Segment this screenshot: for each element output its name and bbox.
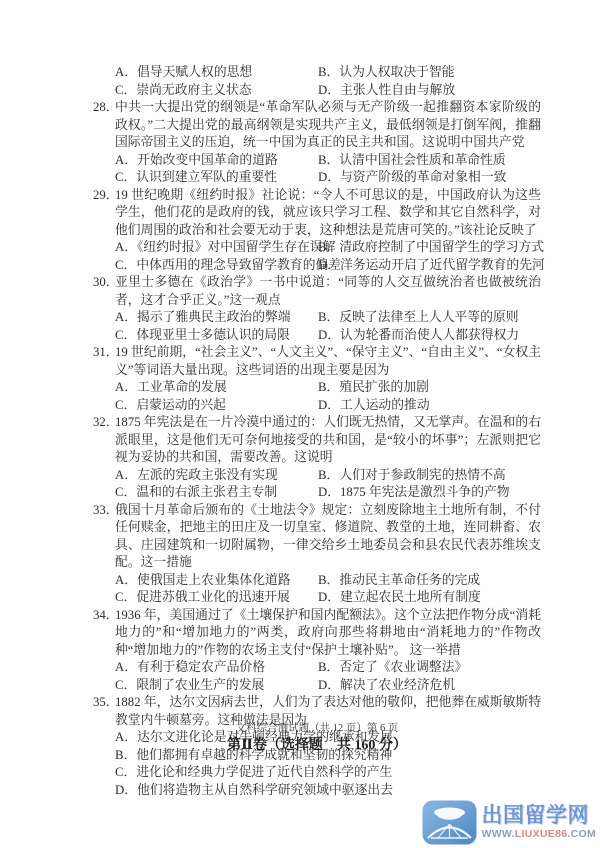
question-27-options: A．倡导天赋人权的思想 B．认为人权取决于智能 C．崇尚无政府主义状态 D．主张… bbox=[93, 64, 541, 99]
question-stem: 19 世纪晚期《纽约时报》社论说：“令人不可思议的是，中国政府认为这些学生，他们… bbox=[115, 187, 541, 240]
question-number: 31． bbox=[93, 344, 119, 362]
option-d: D．洋务运动开启了近代留学教育的先河 bbox=[318, 257, 545, 275]
question-31: 31． 19 世纪前期，“社会主义”、“人文主义”、“保守主义”、“自由主义”、… bbox=[93, 344, 541, 414]
option-c: C．启蒙运动的兴起 bbox=[115, 398, 226, 412]
option-d: D．工人运动的推动 bbox=[318, 397, 430, 415]
option-a: A．使俄国走上农业集体化道路 bbox=[115, 573, 291, 587]
option-b: B．清政府控制了中国留学生的学习方式 bbox=[318, 239, 544, 257]
url-tld: .COM bbox=[567, 828, 596, 840]
option-c: C．中体西用的理念导致留学教育的偏差 bbox=[115, 258, 341, 272]
question-33: 33． 俄国十月革命后颁布的《土地法令》规定：立刻废除地主土地所有制，不付任何赎… bbox=[93, 502, 541, 607]
option-row: C．促进苏俄工业化的迅速开展 D．建立起农民土地所有制度 bbox=[115, 589, 541, 607]
question-stem: 1875 年宪法是在一片冷漠中通过的：人们既无热情，又无掌声。在温和的右派眼里，… bbox=[115, 414, 541, 467]
option-a: A．左派的宪政主张没有实现 bbox=[115, 468, 278, 482]
question-number: 33． bbox=[93, 502, 119, 520]
option-b: B．认为人权取决于智能 bbox=[318, 64, 455, 82]
brand-url: WWW.LIUXUE86.COM bbox=[482, 828, 597, 841]
option-c: C．体现亚里士多德认识的局限 bbox=[115, 328, 290, 342]
brand-name: 出国留学网 bbox=[482, 804, 597, 828]
option-row: A．有利于稳定农产品价格 B．否定了《农业调整法》 bbox=[115, 659, 541, 677]
option-row: C．温和的右派主张君主专制 D．1875 年宪法是激烈斗争的产物 bbox=[115, 484, 541, 502]
option-row: C．启蒙运动的兴起 D．工人运动的推动 bbox=[115, 397, 541, 415]
option-d: D．认为轮番而治使人人都获得权力 bbox=[318, 327, 519, 345]
option-row: A．《纽约时报》对中国留学生存在误解 B．清政府控制了中国留学生的学习方式 bbox=[115, 239, 541, 257]
option-row: A．左派的宪政主张没有实现 B．人们对于参政制宪的热情不高 bbox=[115, 467, 541, 485]
question-stem: 中共一大提出党的纲领是“革命军队必须与无产阶级一起推翻资本家阶级的政权。”二大提… bbox=[115, 99, 541, 152]
option-a: A．《纽约时报》对中国留学生存在误解 bbox=[115, 240, 335, 254]
question-stem: 19 世纪前期，“社会主义”、“人文主义”、“保守主义”、“自由主义”、“女权主… bbox=[115, 344, 541, 379]
question-number: 29． bbox=[93, 187, 119, 205]
option-d: D．建立起农民土地所有制度 bbox=[318, 589, 481, 607]
page-footer: 文科综合测试题（共 12 页）第 6 页 第Ⅱ卷（选择题 共 160 分） bbox=[93, 723, 541, 754]
section-title: 第Ⅱ卷（选择题 共 160 分） bbox=[93, 738, 541, 754]
option-c: C．限制了农业生产的发展 bbox=[115, 678, 264, 692]
option-row: A．揭示了雅典民主政治的弊端 B．反映了法律至上人人平等的原则 bbox=[115, 309, 541, 327]
option-row: C．限制了农业生产的发展 D．解决了农业经济危机 bbox=[115, 677, 541, 695]
option-d: D．与资产阶级的革命对象相一致 bbox=[318, 169, 506, 187]
option-row: A．使俄国走上农业集体化道路 B．推动民主革命任务的完成 bbox=[115, 572, 541, 590]
question-number: 32． bbox=[93, 414, 119, 432]
option-c: C．认识到建立军队的重要性 bbox=[115, 170, 277, 184]
option-b: B．殖民扩张的加剧 bbox=[318, 379, 429, 397]
exam-content: A．倡导天赋人权的思想 B．认为人权取决于智能 C．崇尚无政府主义状态 D．主张… bbox=[93, 64, 541, 799]
option-a: A．有利于稳定农产品价格 bbox=[115, 660, 265, 674]
question-28: 28． 中共一大提出党的纲领是“革命军队必须与无产阶级一起推翻资本家阶级的政权。… bbox=[93, 99, 541, 187]
option-b: B．认清中国社会性质和革命性质 bbox=[318, 152, 506, 170]
option-d: D．主张人性自由与解放 bbox=[318, 82, 455, 100]
page-number-line: 文科综合测试题（共 12 页）第 6 页 bbox=[93, 723, 541, 735]
question-stem: 1936 年，美国通过了《土壤保护和国内配额法》。这个立法把作物分成“消耗地力的… bbox=[115, 607, 541, 660]
option-row: C．中体西用的理念导致留学教育的偏差 D．洋务运动开启了近代留学教育的先河 bbox=[115, 257, 541, 275]
question-stem: 俄国十月革命后颁布的《土地法令》规定：立刻废除地主土地所有制，不付任何赎金，把地… bbox=[115, 502, 541, 572]
option-row: C．体现亚里士多德认识的局限 D．认为轮番而治使人人都获得权力 bbox=[115, 327, 541, 345]
option-b: B．否定了《农业调整法》 bbox=[318, 659, 467, 677]
exam-page: A．倡导天赋人权的思想 B．认为人权取决于智能 C．崇尚无政府主义状态 D．主张… bbox=[0, 0, 600, 848]
url-domain: LIUXUE86 bbox=[515, 828, 568, 840]
option-c: C．崇尚无政府主义状态 bbox=[115, 83, 252, 97]
question-number: 28． bbox=[93, 99, 119, 117]
option-d: D．他们将造物主从自然科学研究领域中驱逐出去 bbox=[115, 782, 541, 800]
option-row: A．倡导天赋人权的思想 B．认为人权取决于智能 bbox=[115, 64, 541, 82]
question-number: 35． bbox=[93, 694, 119, 712]
option-b: B．人们对于参政制宪的热情不高 bbox=[318, 467, 506, 485]
option-c: C．温和的右派主张君主专制 bbox=[115, 485, 277, 499]
option-b: B．反映了法律至上人人平等的原则 bbox=[318, 309, 519, 327]
option-row: A．开始改变中国革命的道路 B．认清中国社会性质和革命性质 bbox=[115, 152, 541, 170]
liuxue86-watermark: 出国留学网 WWW.LIUXUE86.COM bbox=[422, 800, 597, 845]
bridge-logo-icon bbox=[422, 800, 477, 845]
option-row: A．工业革命的发展 B．殖民扩张的加剧 bbox=[115, 379, 541, 397]
question-stem: 亚里士多德在《政治学》一书中说道：“同等的人交互做统治者也做被统治者，这才合乎正… bbox=[115, 274, 541, 309]
option-a: A．开始改变中国革命的道路 bbox=[115, 153, 278, 167]
option-d: D．1875 年宪法是激烈斗争的产物 bbox=[318, 484, 510, 502]
option-a: A．倡导天赋人权的思想 bbox=[115, 65, 252, 79]
question-number: 30． bbox=[93, 274, 119, 292]
question-number: 34． bbox=[93, 607, 119, 625]
option-b: B．推动民主革命任务的完成 bbox=[318, 572, 480, 590]
option-c: C．促进苏俄工业化的迅速开展 bbox=[115, 590, 290, 604]
option-d: D．解决了农业经济危机 bbox=[318, 677, 455, 695]
question-32: 32． 1875 年宪法是在一片冷漠中通过的：人们既无热情，又无掌声。在温和的右… bbox=[93, 414, 541, 502]
option-row: C．崇尚无政府主义状态 D．主张人性自由与解放 bbox=[115, 82, 541, 100]
question-30: 30． 亚里士多德在《政治学》一书中说道：“同等的人交互做统治者也做被统治者，这… bbox=[93, 274, 541, 344]
option-row: C．认识到建立军队的重要性 D．与资产阶级的革命对象相一致 bbox=[115, 169, 541, 187]
question-29: 29． 19 世纪晚期《纽约时报》社论说：“令人不可思议的是，中国政府认为这些学… bbox=[93, 187, 541, 275]
option-a: A．工业革命的发展 bbox=[115, 380, 227, 394]
url-www: WWW. bbox=[482, 828, 515, 840]
option-a: A．揭示了雅典民主政治的弊端 bbox=[115, 310, 291, 324]
question-34: 34． 1936 年，美国通过了《土壤保护和国内配额法》。这个立法把作物分成“消… bbox=[93, 607, 541, 695]
watermark-text: 出国留学网 WWW.LIUXUE86.COM bbox=[482, 804, 597, 841]
option-c: C．进化论和经典力学促进了近代自然科学的产生 bbox=[115, 764, 541, 782]
